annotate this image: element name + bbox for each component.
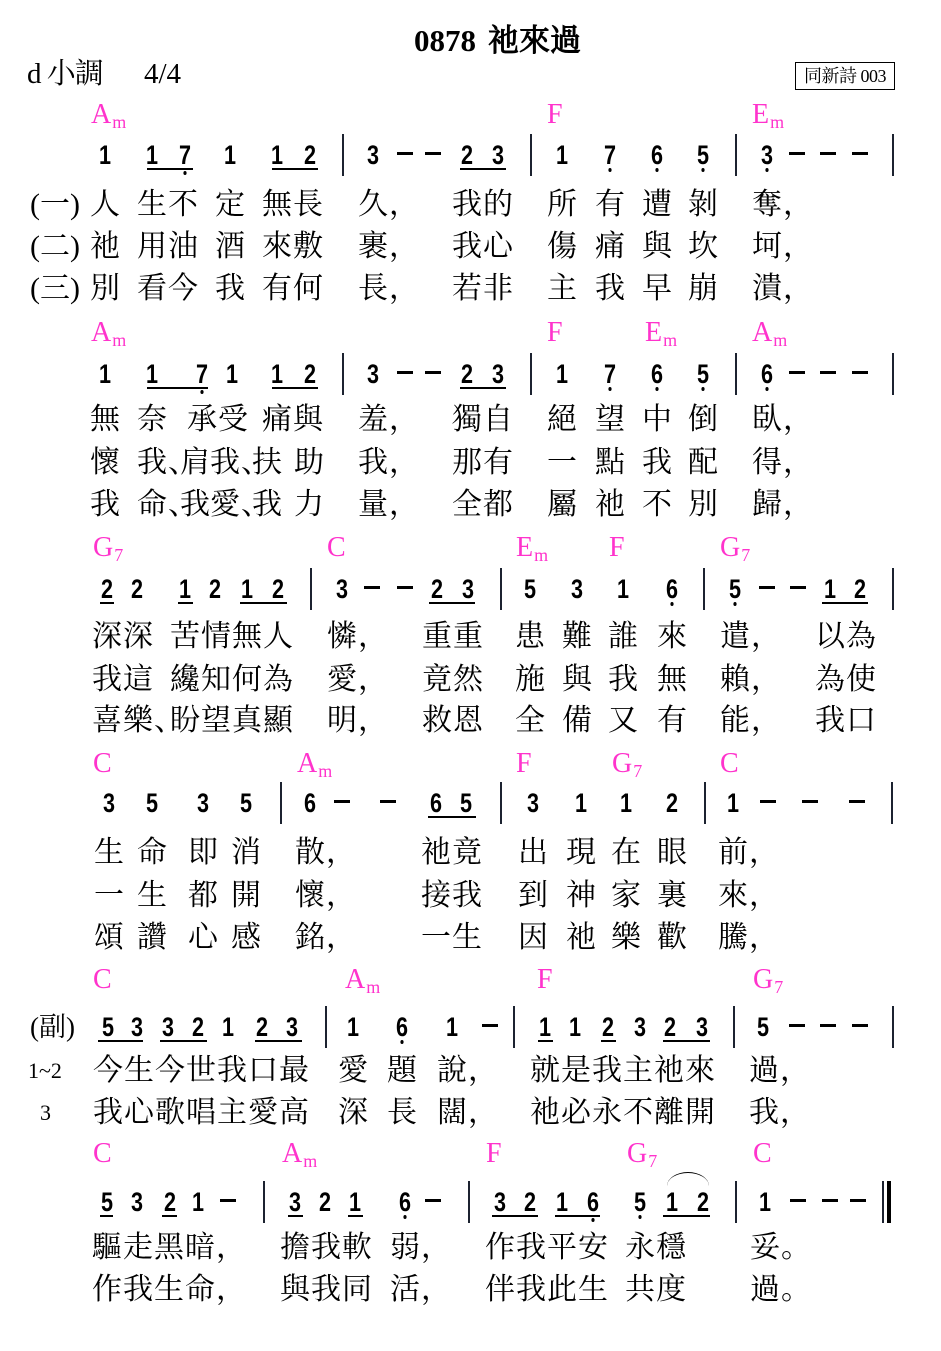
lyric: 頌 <box>94 920 125 956</box>
lyric-line-verse-2: 我這 纔知何為 愛， 竟然 施 與 我 無 賴， 為使 <box>0 662 941 698</box>
lyric: 我的 <box>452 187 514 223</box>
chord-row: C Am F G7 C <box>0 748 941 780</box>
lyric: 在 <box>611 835 642 871</box>
dash: - <box>785 135 809 175</box>
note: 1 <box>755 1182 774 1222</box>
note: 3 <box>193 783 212 823</box>
chord-symbol: G7 <box>720 532 750 566</box>
chord-root: A <box>91 317 111 348</box>
note: 6 <box>300 783 319 823</box>
lyric: 有何 <box>262 271 324 307</box>
lyric: 肩 <box>180 445 211 481</box>
chord-symbol: Em <box>516 532 548 566</box>
note: 5 <box>520 569 539 609</box>
lyric: 都 <box>188 878 219 914</box>
lyric: 無長 <box>262 187 324 223</box>
lyric: 愛， <box>327 662 389 698</box>
lyric: 倒 <box>688 402 719 438</box>
lyric: 痛 <box>595 229 626 265</box>
barline <box>342 353 344 395</box>
lyric: 家 <box>611 878 642 914</box>
lyric: 命 <box>137 835 168 871</box>
chord-symbol: C <box>93 748 113 782</box>
lyric: 題 <box>387 1053 418 1089</box>
lyric: 遭 <box>642 187 673 223</box>
lyric: 我 <box>595 271 626 307</box>
lyric: 無 <box>90 402 121 438</box>
note: 6 <box>392 1007 411 1047</box>
lyric: 全 <box>515 703 546 739</box>
lyric: 作我生命， <box>92 1272 247 1308</box>
dash: - <box>786 1182 810 1222</box>
lyric: 我 <box>252 487 283 523</box>
barline <box>891 782 893 824</box>
note-row: 1 1 7 1 1 2 3 - - 2 3 1 7 6 5 3 - - - <box>0 135 941 175</box>
note: 2 <box>315 1182 334 1222</box>
final-barline-thick <box>887 1181 891 1223</box>
lyric: 絕 <box>547 402 578 438</box>
verse-label: (三) <box>30 271 80 307</box>
lyric: 懷， <box>295 878 357 914</box>
lyric: 那有 <box>452 445 514 481</box>
hymn-name: 祂來過 <box>488 23 581 58</box>
beam-underline <box>162 1215 177 1217</box>
chord-root: E <box>645 317 662 348</box>
note: 2 <box>127 569 146 609</box>
lyric: 以為 <box>815 619 877 655</box>
note: 5 <box>630 1182 649 1222</box>
note: 1 <box>218 1007 237 1047</box>
lyric: 消 <box>231 835 262 871</box>
chord-root: C <box>93 964 112 995</box>
lyric: 點 <box>595 445 626 481</box>
dash: - <box>785 1007 809 1047</box>
lyric-line-verse-2: 一 生 都 開 懷， 接我 到 神 家 裏 來， <box>0 878 941 914</box>
dash: - <box>798 783 822 823</box>
note: 2 <box>662 783 681 823</box>
barline <box>892 1006 894 1048</box>
lyric: 奪， <box>752 187 814 223</box>
note-row: (副) 5 3 3 2 1 2 3 1 6 1 - 1 1 2 3 2 3 <box>0 1007 941 1047</box>
chord-symbol: Em <box>752 99 784 133</box>
lyric: 救恩 <box>422 703 484 739</box>
lyric: 我， <box>749 1095 811 1131</box>
dash: - <box>845 783 869 823</box>
note: 1 <box>188 1182 207 1222</box>
lyric: 坎 <box>688 229 719 265</box>
note-row: 1 1 7 1 1 2 3 - - 2 3 1 7 6 5 6 - - - <box>0 354 941 394</box>
lyric: 深 <box>338 1095 369 1131</box>
lyric: 心 <box>188 920 219 956</box>
lyric: 過， <box>749 1053 811 1089</box>
lyric: 擔我軟 <box>280 1230 373 1266</box>
lyric: 與我同 <box>280 1272 373 1308</box>
lyric: 活， <box>390 1272 452 1308</box>
lyric: 力 <box>294 487 325 523</box>
beam-underline <box>428 816 476 818</box>
lyric: 祂 <box>90 229 121 265</box>
lyric: 生 <box>137 878 168 914</box>
dash: - <box>818 1182 842 1222</box>
lyric: 現 <box>566 835 597 871</box>
chord-symbol: G7 <box>612 748 642 782</box>
lyric: 痛與 <box>262 402 324 438</box>
lyric: 重重 <box>422 619 484 655</box>
barline <box>500 568 502 610</box>
note: 6 <box>395 1182 414 1222</box>
note: 3 <box>332 569 351 609</box>
note: 1 <box>220 135 239 175</box>
lyric-line-verse-1: 生 命 即 消 散， 祂竟 出 現 在 眼 前， <box>0 835 941 871</box>
verse-label: 3 <box>40 1095 51 1131</box>
lyric: 弱， <box>390 1230 452 1266</box>
chord-symbol: G7 <box>753 964 783 998</box>
chord-symbol: F <box>547 317 564 351</box>
chord-root: A <box>282 1138 302 1169</box>
barline <box>342 134 344 176</box>
note: 6 <box>757 354 776 394</box>
barline <box>500 782 502 824</box>
lyric-line-verse-1: 無 奈 承受 痛與 羞， 獨自 絕 望 中 倒 臥， <box>0 402 941 438</box>
lyric: 銘， <box>295 920 357 956</box>
dash: - <box>360 569 384 609</box>
lyric: 祂 <box>566 920 597 956</box>
lyric: 人 <box>90 187 121 223</box>
chord-root: G <box>93 532 113 563</box>
lyric: 我這 <box>92 662 154 698</box>
barline <box>735 1181 737 1223</box>
lyric-line-chorus-3: 作我生命， 與我同 活， 伴我此生 共度 過。 <box>0 1272 941 1308</box>
lyric: 樂 <box>611 920 642 956</box>
barline <box>280 782 282 824</box>
beam-underline <box>100 602 114 604</box>
lyric: 患 <box>515 619 546 655</box>
beam-underline <box>538 1040 553 1042</box>
lyric: 看今 <box>137 271 199 307</box>
lyric: 中 <box>642 402 673 438</box>
note: 1 <box>95 135 114 175</box>
beam-underline <box>460 387 506 389</box>
chord-symbol: F <box>547 99 564 133</box>
dash: - <box>478 1007 502 1047</box>
beam-underline <box>147 387 208 389</box>
note: 7 <box>600 135 619 175</box>
lyric: 伴我此生 <box>485 1272 609 1308</box>
lyric-line-verse-3: (三) 別 看今 我 有何 長， 若非 主 我 早 崩 潰， <box>0 271 941 307</box>
lyric: 若非 <box>452 271 514 307</box>
note: 7 <box>600 354 619 394</box>
lyric: 能， <box>720 703 782 739</box>
note: 6 <box>662 569 681 609</box>
barline <box>735 134 737 176</box>
lyric: 得， <box>752 445 814 481</box>
barline <box>735 353 737 395</box>
note-row: 3 5 3 5 6 - - 6 5 3 1 1 2 1 - - - <box>0 783 941 823</box>
lyric: 為使 <box>815 662 877 698</box>
chord-root: C <box>93 748 112 779</box>
barline <box>263 1181 265 1223</box>
note: 3 <box>523 783 542 823</box>
lyric: 一 <box>547 445 578 481</box>
dash: - <box>393 135 417 175</box>
lyric: 潰， <box>752 271 814 307</box>
lyric: 崩 <box>688 271 719 307</box>
chord-root: F <box>547 317 563 348</box>
barline <box>892 568 894 610</box>
chord-quality: 7 <box>741 545 750 565</box>
lyric: 生 <box>94 835 125 871</box>
chord-symbol: Em <box>645 317 677 351</box>
lyric: 作我平安 <box>485 1230 609 1266</box>
chord-quality: m <box>773 330 787 350</box>
note: 1 <box>442 1007 461 1047</box>
lyric: 裹， <box>358 229 420 265</box>
chord-symbol: Am <box>752 317 787 351</box>
chord-root: C <box>93 1138 112 1169</box>
lyric: 開 <box>231 878 262 914</box>
lyric: 共度 <box>625 1272 687 1308</box>
note: 5 <box>693 354 712 394</box>
dash: - <box>848 1007 872 1047</box>
lyric: 臥， <box>752 402 814 438</box>
note: 3 <box>127 1182 146 1222</box>
chord-quality: m <box>770 112 784 132</box>
chord-symbol: Am <box>91 99 126 133</box>
lyric: 我心歌唱主愛高 <box>93 1095 310 1131</box>
lyric: 我口 <box>815 703 877 739</box>
lyric: 一 <box>94 878 125 914</box>
lyric: 出 <box>518 835 549 871</box>
lyric: 一生 <box>421 920 483 956</box>
dash: - <box>421 1182 445 1222</box>
lyric: 就是我主祂來 <box>530 1053 716 1089</box>
dash: - <box>393 354 417 394</box>
beam-underline <box>160 1040 207 1042</box>
beam-underline <box>147 168 193 170</box>
dash: - <box>816 354 840 394</box>
note: 3 <box>567 569 586 609</box>
lyric: 我 <box>215 271 246 307</box>
lyric: 與 <box>642 229 673 265</box>
chord-symbol: Am <box>345 964 380 998</box>
lyric: 坷， <box>752 229 814 265</box>
lyric: 祂必永不離開 <box>530 1095 716 1131</box>
lyric-line-verse-3: 頌 讚 心 感 銘， 一生 因 祂 樂 歡 騰， <box>0 920 941 956</box>
barline <box>310 568 312 610</box>
barline <box>892 353 894 395</box>
note: 5 <box>236 783 255 823</box>
lyric: 無 <box>657 662 688 698</box>
lyric: 懷 <box>90 445 121 481</box>
barline <box>325 1006 327 1048</box>
note: 3 <box>99 783 118 823</box>
beam-underline <box>492 1215 538 1217</box>
lyric: 神 <box>566 878 597 914</box>
note: 3 <box>363 135 382 175</box>
chord-root: E <box>516 532 533 563</box>
note: 1 <box>343 1007 362 1047</box>
chord-quality: m <box>112 330 126 350</box>
lyric: 有 <box>595 187 626 223</box>
lyric-line-verse-3: 我 命、 我 愛、 我 力 量， 全都 屬 祂 不 別 歸， <box>0 487 941 523</box>
beam-underline <box>429 602 475 604</box>
lyric-line-verse-2: (二) 祂 用油 酒 來敷 裹， 我心 傷 痛 與 坎 坷， <box>0 229 941 265</box>
lyric: 永穩 <box>625 1230 687 1266</box>
lyric: 裏 <box>657 878 688 914</box>
chord-root: A <box>297 748 317 779</box>
lyric: 扶 <box>252 445 283 481</box>
chord-root: A <box>345 964 365 995</box>
lyric: 有 <box>657 703 688 739</box>
lyric: 闊， <box>437 1095 499 1131</box>
chord-symbol: C <box>753 1138 773 1172</box>
chord-symbol: F <box>516 748 533 782</box>
lyric: 備 <box>562 703 593 739</box>
note: 5 <box>693 135 712 175</box>
lyric: 明， <box>327 703 389 739</box>
chord-root: F <box>547 99 563 130</box>
lyric: 早 <box>642 271 673 307</box>
lyric: 感 <box>231 920 262 956</box>
beam-underline <box>240 602 287 604</box>
lyric: 竟然 <box>422 662 484 698</box>
note: 1 <box>565 1007 584 1047</box>
hymn-number: 0878 <box>414 23 476 58</box>
lyric: 羞， <box>358 402 420 438</box>
dash: - <box>330 783 354 823</box>
chord-symbol: C <box>93 1138 113 1172</box>
lyric-line-chorus-1-2: 1~2 今生今世我口最 愛 題 說， 就是我主祂來 過， <box>0 1053 941 1089</box>
chord-row: Am F Em Am <box>0 317 941 349</box>
lyric-line-verse-1: (一) 人 生不 定 無長 久， 我的 所 有 遭 剝 奪， <box>0 187 941 223</box>
barline <box>892 134 894 176</box>
chord-root: F <box>516 748 532 779</box>
lyric: 妥。 <box>750 1230 812 1266</box>
lyric: 讚 <box>137 920 168 956</box>
lyric: 因 <box>518 920 549 956</box>
dash: - <box>786 569 810 609</box>
note-row: 2 2 1 2 1 2 3 - - 2 3 5 3 1 6 5 - - 1 <box>0 569 941 609</box>
chord-quality: m <box>534 545 548 565</box>
dash: - <box>376 783 400 823</box>
lyric: 散， <box>295 835 357 871</box>
lyric: 施 <box>515 662 546 698</box>
lyric: 獨自 <box>452 402 514 438</box>
lyric: 與 <box>562 662 593 698</box>
chord-quality: m <box>663 330 677 350</box>
lyric: 深深 <box>92 619 154 655</box>
chord-quality: m <box>366 977 380 997</box>
note: 5 <box>753 1007 772 1047</box>
barline <box>513 1006 515 1048</box>
dash: - <box>848 135 872 175</box>
chord-root: G <box>753 964 773 995</box>
lyric: 傷 <box>547 229 578 265</box>
dash: - <box>216 1182 240 1222</box>
beam-underline <box>460 168 506 170</box>
chord-root: F <box>609 532 625 563</box>
beam-underline <box>601 1040 616 1042</box>
lyric: 今生今世我口最 <box>93 1053 310 1089</box>
lyric: 難 <box>562 619 593 655</box>
chord-root: A <box>752 317 772 348</box>
beam-underline <box>663 1215 710 1217</box>
lyric: 說， <box>437 1053 499 1089</box>
note: 1 <box>571 783 590 823</box>
lyric: 前， <box>718 835 780 871</box>
lyric: 到 <box>518 878 549 914</box>
lyric: 不 <box>642 487 673 523</box>
lyric: 來， <box>718 878 780 914</box>
beam-underline <box>272 168 318 170</box>
lyric: 生不 <box>137 187 199 223</box>
chord-symbol: C <box>93 964 113 998</box>
barline <box>733 1006 735 1048</box>
lyric: 全都 <box>452 487 514 523</box>
lyric-line-chorus-3: 3 我心歌唱主愛高 深 長 闊， 祂必永不離開 我， <box>0 1095 941 1131</box>
lyric: 我 <box>90 487 121 523</box>
lyric: 愛 <box>338 1053 369 1089</box>
chord-quality: 7 <box>648 1151 657 1171</box>
lyric: 助 <box>294 445 325 481</box>
note: 3 <box>757 135 776 175</box>
lyric: 來 <box>657 619 688 655</box>
note: 2 <box>205 569 224 609</box>
lyric: 纔知何為 <box>170 662 294 698</box>
lyric: 眼 <box>657 835 688 871</box>
dash: - <box>816 135 840 175</box>
barline <box>530 134 532 176</box>
barline <box>703 568 705 610</box>
beam-underline <box>255 1040 302 1042</box>
lyric: 我心 <box>452 229 514 265</box>
beam-underline <box>555 1215 600 1217</box>
lyric: 祂 <box>595 487 626 523</box>
chord-root: C <box>753 1138 772 1169</box>
lyric: 接我 <box>421 878 483 914</box>
lyric: 過。 <box>750 1272 812 1308</box>
beam-underline <box>98 1040 143 1042</box>
chord-row: Am F Em <box>0 99 941 131</box>
lyric: 奈 <box>137 402 168 438</box>
note: 3 <box>363 354 382 394</box>
chord-root: C <box>720 748 739 779</box>
final-barline-thin <box>882 1181 884 1223</box>
note: 1 <box>95 354 114 394</box>
lyric: 苦情無人 <box>170 619 294 655</box>
lyric: 來敷 <box>262 229 324 265</box>
beam-underline <box>100 1215 113 1217</box>
chord-quality: 7 <box>633 761 642 781</box>
lyric-line-verse-3: 喜樂、 盼望真顯 明， 救恩 全 備 又 有 能， 我口 <box>0 703 941 739</box>
chord-root: G <box>720 532 740 563</box>
lyric-line-verse-1: 深深 苦情無人 憐， 重重 患 難 誰 來 遣， 以為 <box>0 619 941 655</box>
hymn-sheet: 0878祂來過 d 小調 4/4 同新詩 003 Am F Em 1 1 7 1… <box>0 0 941 1351</box>
chord-root: G <box>627 1138 647 1169</box>
dash: - <box>785 354 809 394</box>
note: 6 <box>647 354 666 394</box>
lyric: 量， <box>358 487 420 523</box>
lyric: 長 <box>387 1095 418 1131</box>
barline <box>704 782 706 824</box>
key-signature: d 小調 <box>27 56 103 92</box>
note: 1 <box>552 354 571 394</box>
note: 1 <box>723 783 742 823</box>
dash: - <box>816 1007 840 1047</box>
beam-underline <box>288 1215 303 1217</box>
lyric: 酒 <box>215 229 246 265</box>
dash: - <box>393 569 417 609</box>
